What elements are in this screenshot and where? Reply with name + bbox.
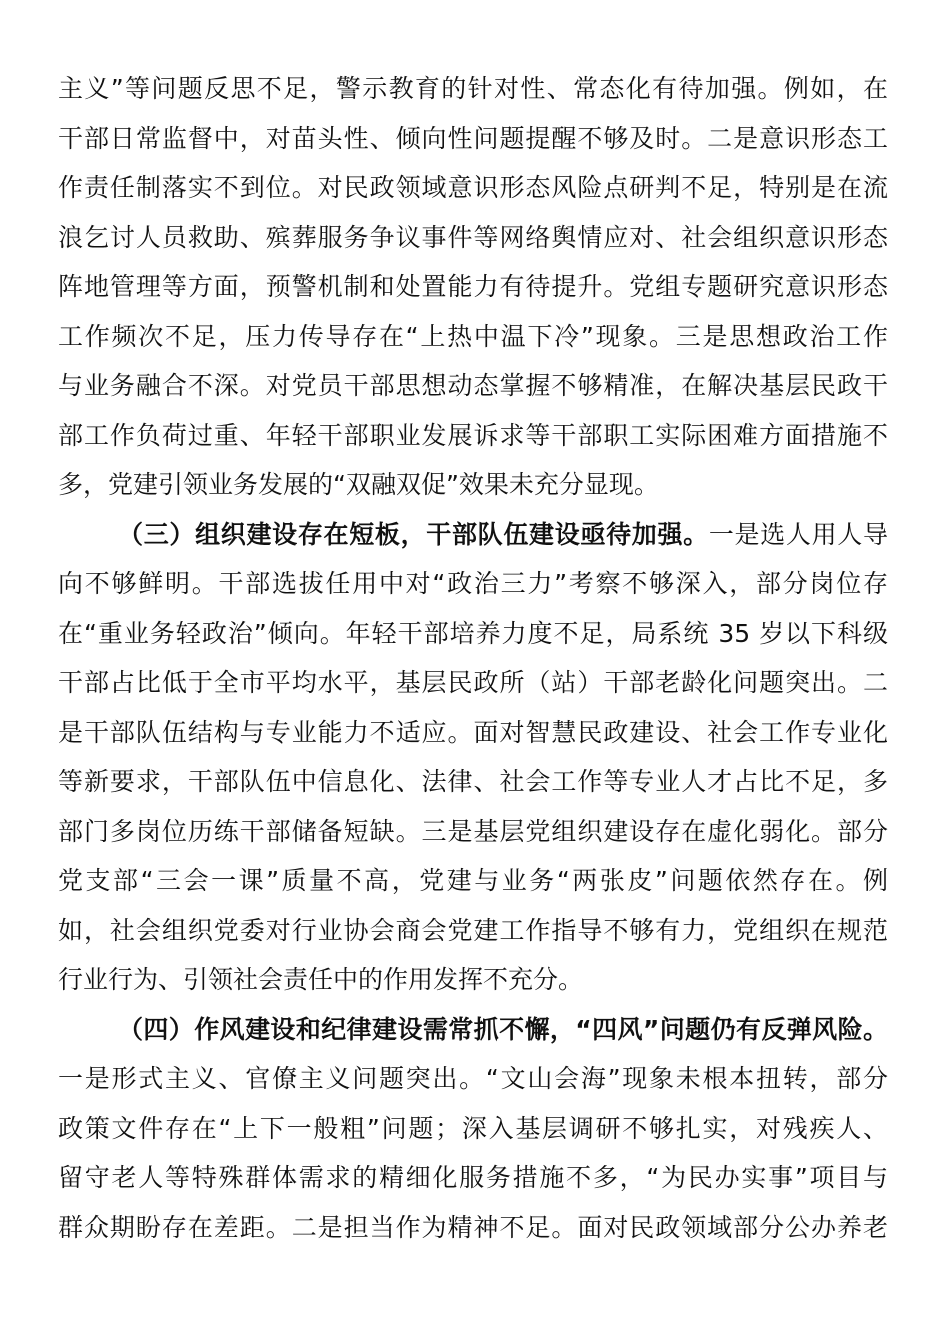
text-line: 多，党建引领业务发展的“双融双促”效果未充分显现。: [58, 465, 888, 505]
line-text: 党支部“三会一课”质量不高，党建与业务“两张皮”问题依然存在。例: [58, 866, 888, 895]
text-line: 干部日常监督中，对苗头性、倾向性问题提醒不够及时。二是意识形态工: [58, 119, 888, 159]
section-heading-line: （三）组织建设存在短板，干部队伍建设亟待加强。一是选人用人导: [118, 515, 888, 555]
text-line: 部门多岗位历练干部储备短缺。三是基层党组织建设存在虚化弱化。部分: [58, 812, 888, 852]
line-text: 一是形式主义、官僚主义问题突出。“文山会海”现象未根本扭转，部分: [58, 1064, 888, 1093]
line-text: 政策文件存在“上下一般粗”问题；深入基层调研不够扎实，对残疾人、: [58, 1114, 888, 1143]
line-text: 干部占比低于全市平均水平，基层民政所（站）干部老龄化问题突出。二: [58, 668, 888, 697]
text-line: 在“重业务轻政治”倾向。年轻干部培养力度不足，局系统 35 岁以下科级: [58, 614, 888, 654]
line-text: 在“重业务轻政治”倾向。年轻干部培养力度不足，局系统 35 岁以下科级: [58, 619, 888, 648]
section-heading-line: （四）作风建设和纪律建设需常抓不懈，“四风”问题仍有反弹风险。: [118, 1010, 888, 1050]
line-text: 等新要求，干部队伍中信息化、法律、社会工作等专业人才占比不足，多: [58, 767, 888, 796]
line-text: 部门多岗位历练干部储备短缺。三是基层党组织建设存在虚化弱化。部分: [58, 817, 888, 846]
line-text: 留守老人等特殊群体需求的精细化服务措施不多，“为民办实事”项目与: [58, 1163, 888, 1192]
line-text: 群众期盼存在差距。二是担当作为精神不足。面对民政领域部分公办养老: [58, 1213, 888, 1242]
text-line: 一是形式主义、官僚主义问题突出。“文山会海”现象未根本扭转，部分: [58, 1059, 888, 1099]
text-line: 群众期盼存在差距。二是担当作为精神不足。面对民政领域部分公办养老: [58, 1208, 888, 1248]
text-line: 等新要求，干部队伍中信息化、法律、社会工作等专业人才占比不足，多: [58, 762, 888, 802]
line-text: 多，党建引领业务发展的“双融双促”效果未充分显现。: [58, 470, 659, 499]
document-page: 主义”等问题反思不足，警示教育的针对性、常态化有待加强。例如，在 干部日常监督中…: [0, 0, 950, 1344]
line-text: 浪乞讨人员救助、殡葬服务争议事件等网络舆情应对、社会组织意识形态: [58, 223, 888, 252]
line-text: 阵地管理等方面，预警机制和处置能力有待提升。党组专题研究意识形态: [58, 272, 888, 301]
line-text: 工作频次不足，压力传导存在“上热中温下冷”现象。三是思想政治工作: [58, 322, 888, 351]
line-text: 部工作负荷过重、年轻干部职业发展诉求等干部职工实际困难方面措施不: [58, 421, 888, 450]
line-text: 向不够鲜明。干部选拔任用中对“政治三力”考察不够深入，部分岗位存: [58, 569, 888, 598]
line-text: 干部日常监督中，对苗头性、倾向性问题提醒不够及时。二是意识形态工: [58, 124, 888, 153]
section-heading-4: （四）作风建设和纪律建设需常抓不懈，“四风”问题仍有反弹风险。: [118, 1015, 888, 1044]
line-text: 作责任制落实不到位。对民政领域意识形态风险点研判不足，特别是在流: [58, 173, 888, 202]
text-line: 党支部“三会一课”质量不高，党建与业务“两张皮”问题依然存在。例: [58, 861, 888, 901]
text-line: 浪乞讨人员救助、殡葬服务争议事件等网络舆情应对、社会组织意识形态: [58, 218, 888, 258]
text-line: 作责任制落实不到位。对民政领域意识形态风险点研判不足，特别是在流: [58, 168, 888, 208]
line-text: 一是选人用人导: [709, 520, 888, 549]
text-line: 政策文件存在“上下一般粗”问题；深入基层调研不够扎实，对残疾人、: [58, 1109, 888, 1149]
text-line: 是干部队伍结构与专业能力不适应。面对智慧民政建设、社会工作专业化: [58, 713, 888, 753]
text-line: 如，社会组织党委对行业协会商会党建工作指导不够有力，党组织在规范: [58, 911, 888, 951]
text-line: 干部占比低于全市平均水平，基层民政所（站）干部老龄化问题突出。二: [58, 663, 888, 703]
line-text: 如，社会组织党委对行业协会商会党建工作指导不够有力，党组织在规范: [58, 916, 888, 945]
text-line: 向不够鲜明。干部选拔任用中对“政治三力”考察不够深入，部分岗位存: [58, 564, 888, 604]
text-line: 主义”等问题反思不足，警示教育的针对性、常态化有待加强。例如，在: [58, 69, 888, 109]
text-line: 阵地管理等方面，预警机制和处置能力有待提升。党组专题研究意识形态: [58, 267, 888, 307]
text-line: 工作频次不足，压力传导存在“上热中温下冷”现象。三是思想政治工作: [58, 317, 888, 357]
line-text: 主义”等问题反思不足，警示教育的针对性、常态化有待加强。例如，在: [58, 74, 888, 103]
text-line: 部工作负荷过重、年轻干部职业发展诉求等干部职工实际困难方面措施不: [58, 416, 888, 456]
text-line: 行业行为、引领社会责任中的作用发挥不充分。: [58, 960, 888, 1000]
line-text: 是干部队伍结构与专业能力不适应。面对智慧民政建设、社会工作专业化: [58, 718, 888, 747]
line-text: 行业行为、引领社会责任中的作用发挥不充分。: [58, 965, 583, 994]
line-text: 与业务融合不深。对党员干部思想动态掌握不够精准，在解决基层民政干: [58, 371, 888, 400]
section-heading-3: （三）组织建设存在短板，干部队伍建设亟待加强。: [118, 520, 709, 549]
text-line: 与业务融合不深。对党员干部思想动态掌握不够精准，在解决基层民政干: [58, 366, 888, 406]
text-line: 留守老人等特殊群体需求的精细化服务措施不多，“为民办实事”项目与: [58, 1158, 888, 1198]
